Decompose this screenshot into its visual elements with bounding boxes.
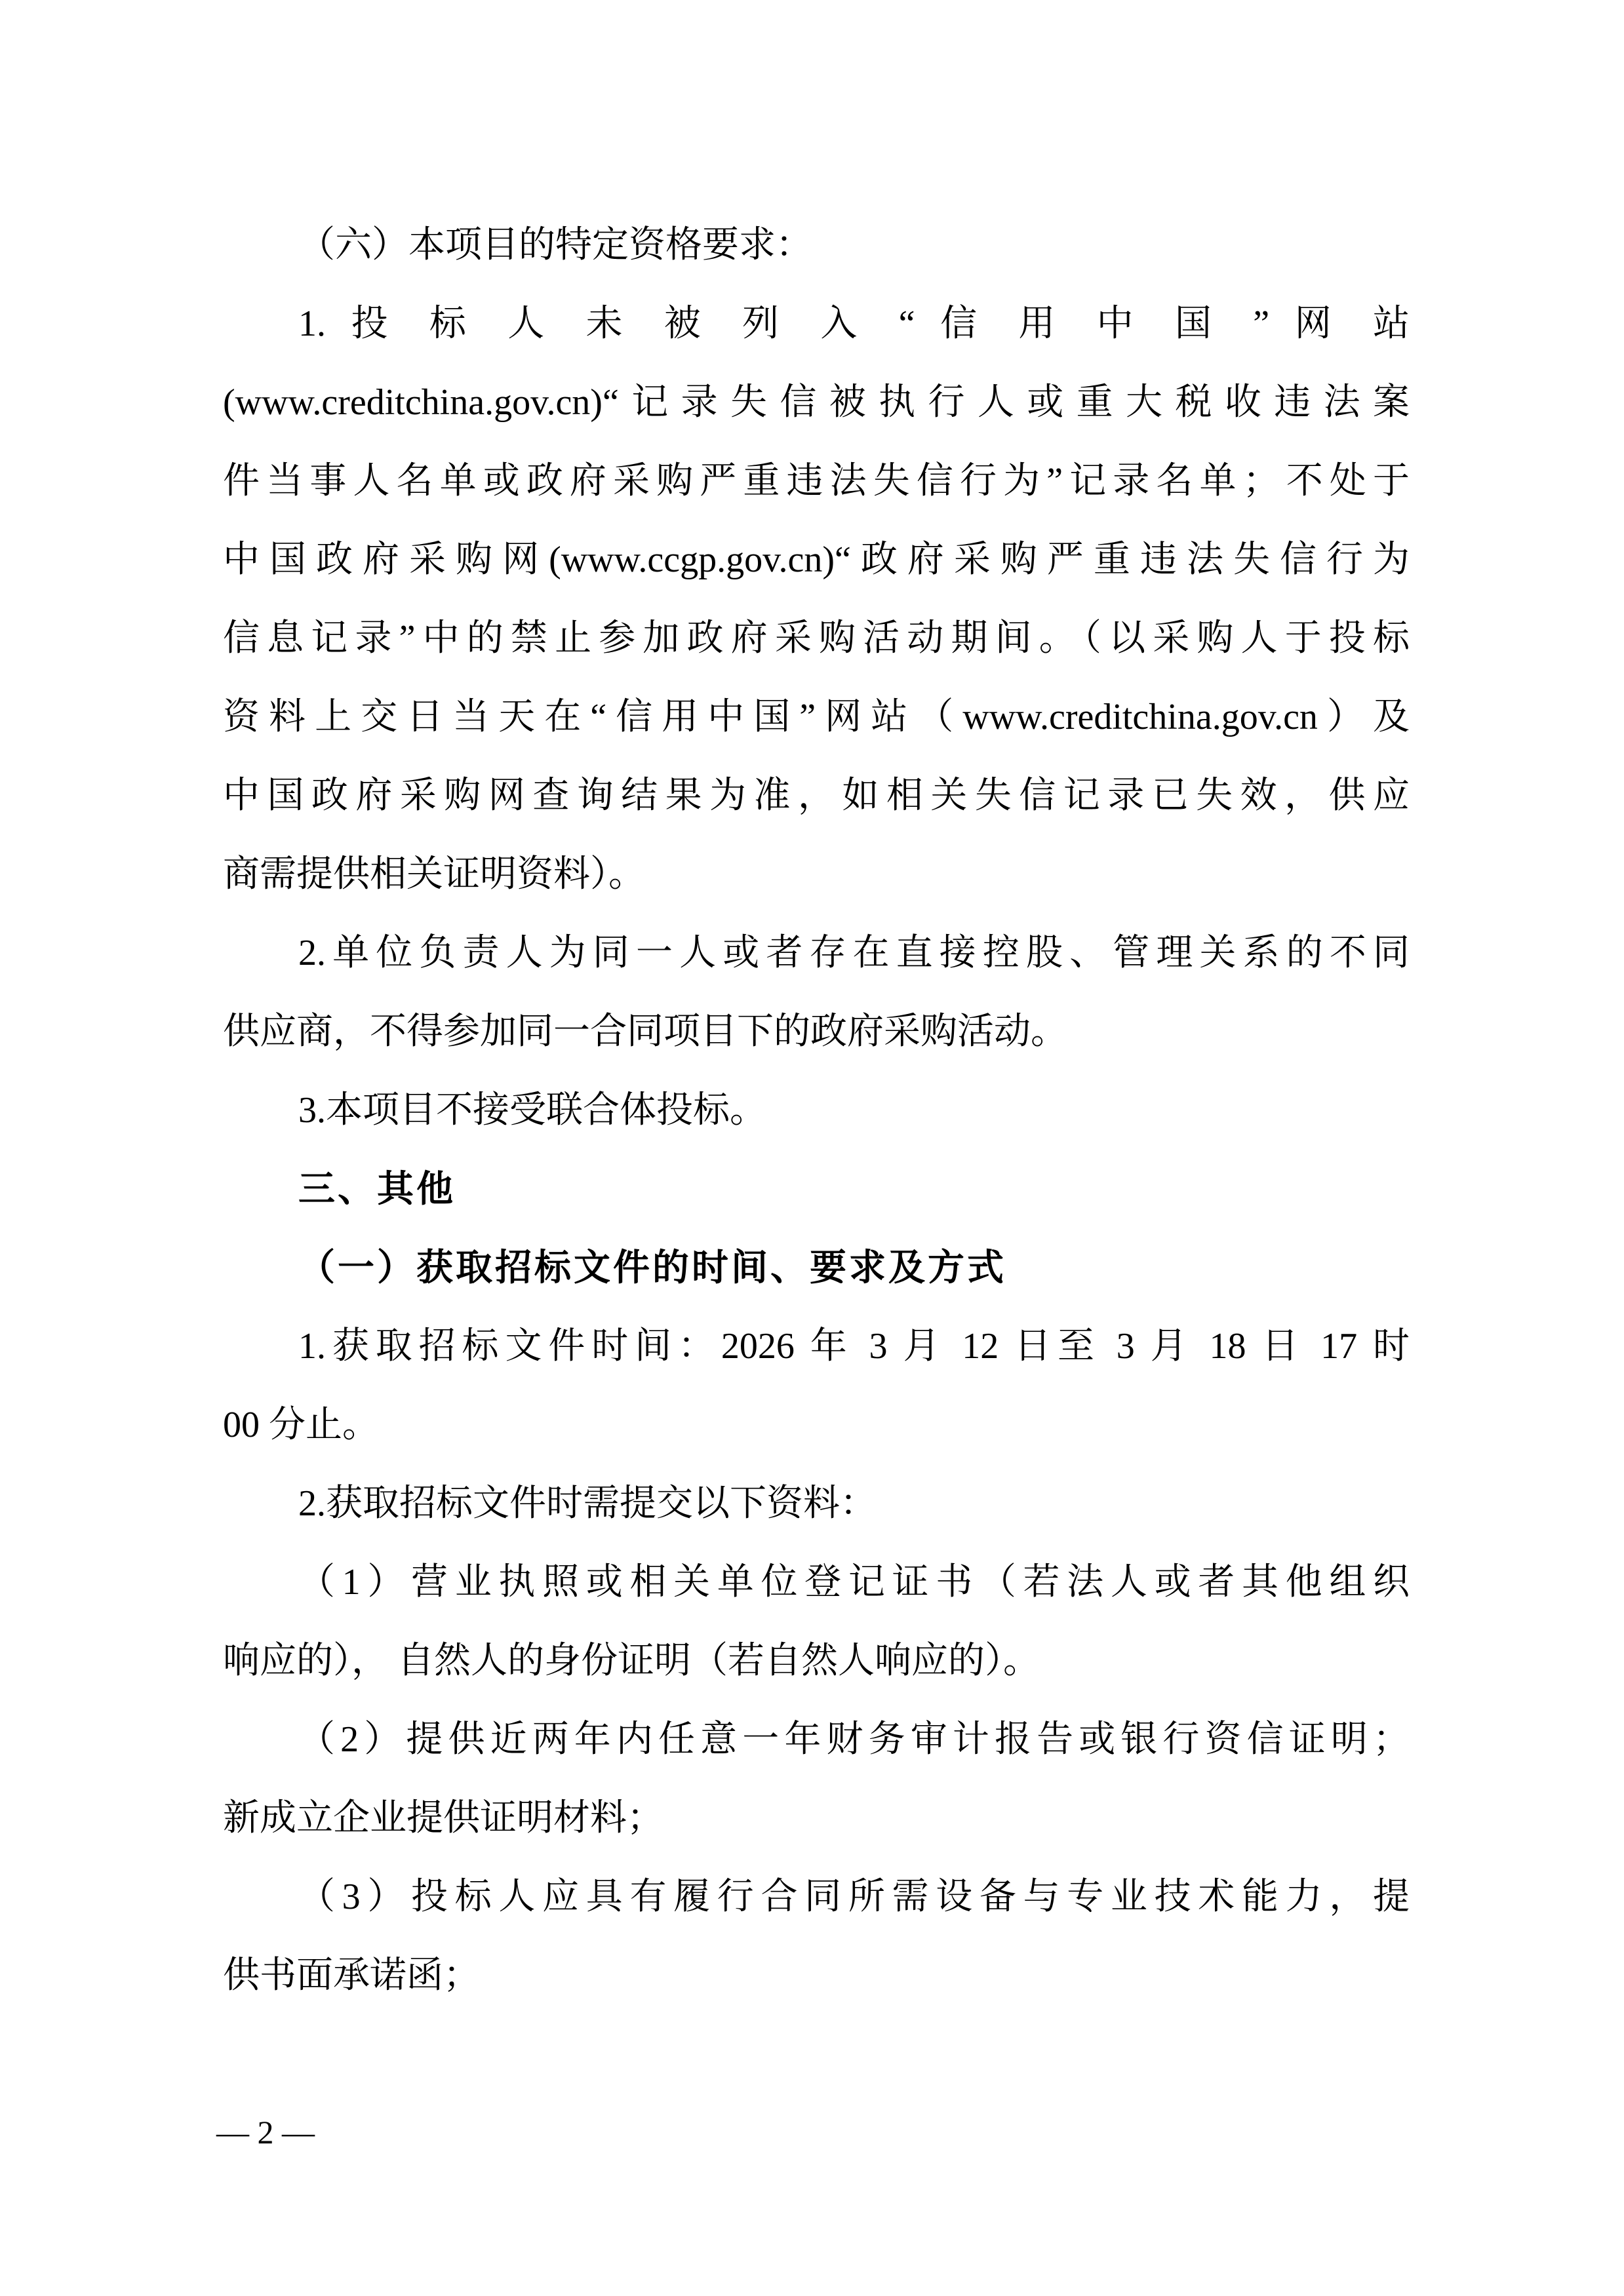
text-line: 中国政府采购网(www.ccgp.gov.cn)“政府采购严重违法失信行为 — [223, 520, 1410, 599]
text-line: （六）本项目的特定资格要求： — [223, 206, 1410, 284]
text-line: 商需提供相关证明资料）。 — [223, 835, 1410, 914]
text-line: （一）获取招标文件的时间、要求及方式 — [223, 1228, 1410, 1307]
text-line: （1）营业执照或相关单位登记证书（若法人或者其他组织 — [223, 1543, 1410, 1622]
text-line: 新成立企业提供证明材料； — [223, 1779, 1410, 1858]
text-line: 1.获取招标文件时间：2026 年 3 月 12 日至 3 月 18 日 17 … — [223, 1307, 1410, 1386]
text-line: （2）提供近两年内任意一年财务审计报告或银行资信证明； — [223, 1700, 1410, 1779]
text-line: 2.单位负责人为同一人或者存在直接控股、管理关系的不同 — [223, 914, 1410, 992]
text-line: 供书面承诺函； — [223, 1936, 1410, 2015]
text-line: 三、其他 — [223, 1150, 1410, 1228]
page-number: — 2 — — [216, 2109, 315, 2155]
text-line: 2.获取招标文件时需提交以下资料： — [223, 1464, 1410, 1543]
text-line: 件当事人名单或政府采购严重违法失信行为”记录名单；不处于 — [223, 442, 1410, 520]
text-line: 00 分止。 — [223, 1386, 1410, 1464]
text-line: 信息记录”中的禁止参加政府采购活动期间。（以采购人于投标 — [223, 599, 1410, 678]
text-line: 中国政府采购网查询结果为准，如相关失信记录已失效，供应 — [223, 756, 1410, 835]
document-body: （六）本项目的特定资格要求：1. 投 标 人 未 被 列 入 “ 信 用 中 国… — [223, 206, 1410, 2015]
text-line: 资料上交日当天在“信用中国”网站（www.creditchina.gov.cn）… — [223, 678, 1410, 756]
text-line: （3）投标人应具有履行合同所需设备与专业技术能力，提 — [223, 1858, 1410, 1936]
text-line: (www.creditchina.gov.cn)“记录失信被执行人或重大税收违法… — [223, 363, 1410, 442]
text-line: 1. 投 标 人 未 被 列 入 “ 信 用 中 国 ” 网 站 — [223, 284, 1410, 363]
text-line: 供应商，不得参加同一合同项目下的政府采购活动。 — [223, 992, 1410, 1071]
text-line: 3.本项目不接受联合体投标。 — [223, 1071, 1410, 1150]
text-line: 响应的）， 自然人的身份证明（若自然人响应的）。 — [223, 1622, 1410, 1700]
document-page: （六）本项目的特定资格要求：1. 投 标 人 未 被 列 入 “ 信 用 中 国… — [0, 0, 1624, 2296]
